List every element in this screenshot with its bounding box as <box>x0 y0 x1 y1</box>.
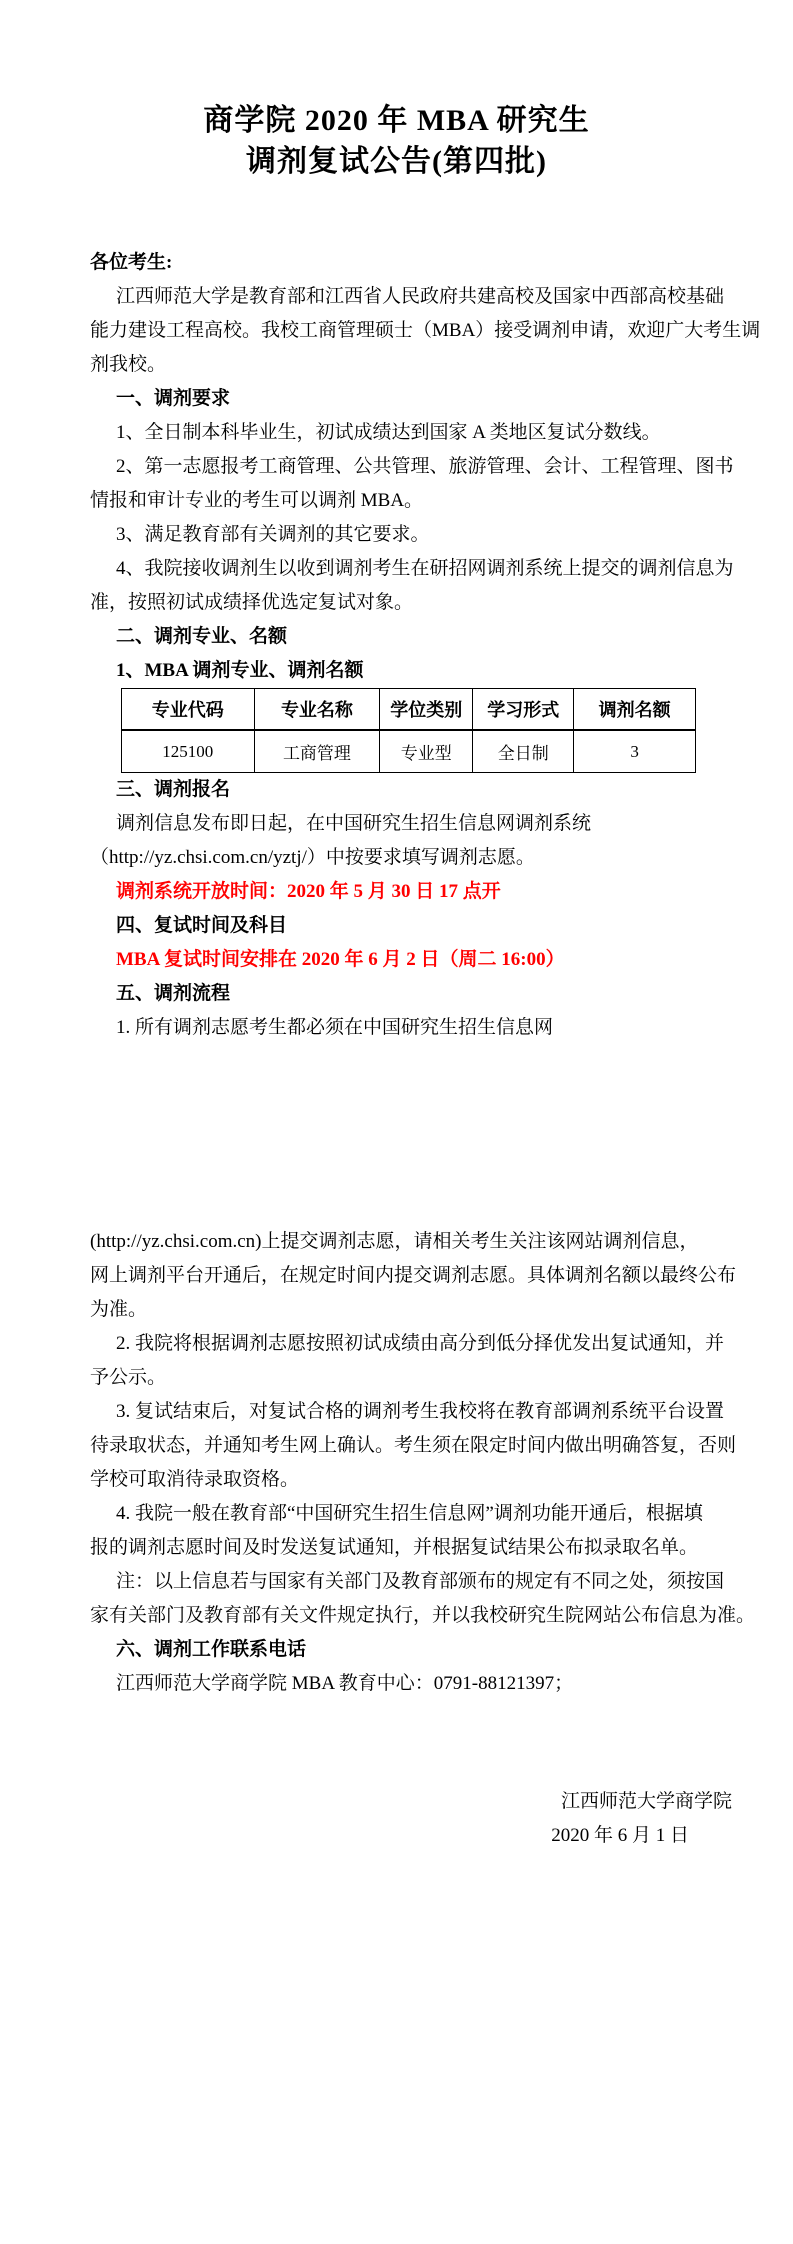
text-line: 学校可取消待录取资格。 <box>90 1463 738 1497</box>
table-header-cell: 学位类别 <box>380 689 473 731</box>
section-heading: 1、MBA 调剂专业、调剂名额 <box>90 654 738 688</box>
table-header-cell: 专业代码 <box>122 689 255 731</box>
table-cell: 专业型 <box>380 730 473 773</box>
text-line: 1. 所有调剂志愿考生都必须在中国研究生招生信息网 <box>90 1011 738 1045</box>
table-row: 125100工商管理专业型全日制3 <box>122 730 696 773</box>
text-line: 3. 复试结束后，对复试合格的调剂考生我校将在教育部调剂系统平台设置 <box>90 1395 738 1429</box>
section-heading: 一、调剂要求 <box>90 382 738 416</box>
text-line: 家有关部门及教育部有关文件规定执行，并以我校研究生院网站公布信息为准。 <box>90 1599 738 1633</box>
table-cell: 全日制 <box>473 730 574 773</box>
quota-table: 专业代码专业名称学位类别学习形式调剂名额125100工商管理专业型全日制3 <box>121 688 696 773</box>
text-line: 1、全日制本科毕业生，初试成绩达到国家 A 类地区复试分数线。 <box>90 416 738 450</box>
table-header-cell: 专业名称 <box>254 689 380 731</box>
text-line: 江西师范大学是教育部和江西省人民政府共建高校及国家中西部高校基础 <box>90 280 738 314</box>
table-header-cell: 调剂名额 <box>574 689 696 731</box>
text-line: 4、我院接收调剂生以收到调剂考生在研招网调剂系统上提交的调剂信息为 <box>90 552 738 586</box>
text-line: （http://yz.chsi.com.cn/yztj/）中按要求填写调剂志愿。 <box>90 841 738 875</box>
section-heading: 四、复试时间及科目 <box>90 909 738 943</box>
text-line: 2. 我院将根据调剂志愿按照初试成绩由高分到低分择优发出复试通知，并 <box>90 1327 738 1361</box>
text-line: 4. 我院一般在教育部“中国研究生招生信息网”调剂功能开通后，根据填 <box>90 1497 738 1531</box>
text-line: 情报和审计专业的考生可以调剂 MBA。 <box>90 484 738 518</box>
section-heading: 二、调剂专业、名额 <box>90 620 738 654</box>
text-line: (http://yz.chsi.com.cn)上提交调剂志愿，请相关考生关注该网… <box>90 1225 738 1259</box>
text-line: 3、满足教育部有关调剂的其它要求。 <box>90 518 738 552</box>
text-line: 准，按照初试成绩择优选定复试对象。 <box>90 586 738 620</box>
text-line: 江西师范大学商学院 MBA 教育中心：0791-88121397； <box>90 1667 738 1701</box>
text-line: 予公示。 <box>90 1361 738 1395</box>
document-page: 商学院 2020 年 MBA 研究生 调剂复试公告(第四批) 各位考生:江西师范… <box>0 0 793 2244</box>
document-title-line1: 商学院 2020 年 MBA 研究生 <box>0 100 793 141</box>
text-line: 剂我校。 <box>90 348 738 382</box>
signature-block: 江西师范大学商学院 2020 年 6 月 1 日 <box>0 1785 793 1853</box>
text-line: 网上调剂平台开通后，在规定时间内提交调剂志愿。具体调剂名额以最终公布 <box>90 1259 738 1293</box>
section-heading: 六、调剂工作联系电话 <box>90 1633 738 1667</box>
highlight-line: 调剂系统开放时间：2020 年 5 月 30 日 17 点开 <box>90 875 738 909</box>
table-cell: 3 <box>574 730 696 773</box>
section-heading: 三、调剂报名 <box>90 773 738 807</box>
text-line: 待录取状态，并通知考生网上确认。考生须在限定时间内做出明确答复，否则 <box>90 1429 738 1463</box>
page-break-gap <box>90 1045 738 1225</box>
document-title: 商学院 2020 年 MBA 研究生 调剂复试公告(第四批) <box>0 0 793 182</box>
signature-date: 2020 年 6 月 1 日 <box>0 1819 793 1853</box>
text-line: 2、第一志愿报考工商管理、公共管理、旅游管理、会计、工程管理、图书 <box>90 450 738 484</box>
table-cell: 工商管理 <box>254 730 380 773</box>
signature-org: 江西师范大学商学院 <box>0 1785 793 1819</box>
table-header-cell: 学习形式 <box>473 689 574 731</box>
text-line: 注：以上信息若与国家有关部门及教育部颁布的规定有不同之处，须按国 <box>90 1565 738 1599</box>
text-line: 报的调剂志愿时间及时发送复试通知，并根据复试结果公布拟录取名单。 <box>90 1531 738 1565</box>
section-heading: 五、调剂流程 <box>90 977 738 1011</box>
table-header-row: 专业代码专业名称学位类别学习形式调剂名额 <box>122 689 696 731</box>
salutation: 各位考生: <box>90 246 738 280</box>
document-body: 各位考生:江西师范大学是教育部和江西省人民政府共建高校及国家中西部高校基础能力建… <box>90 246 738 1701</box>
text-line: 能力建设工程高校。我校工商管理硕士（MBA）接受调剂申请，欢迎广大考生调 <box>90 314 738 348</box>
text-line: 为准。 <box>90 1293 738 1327</box>
table-cell: 125100 <box>122 730 255 773</box>
text-line: 调剂信息发布即日起，在中国研究生招生信息网调剂系统 <box>90 807 738 841</box>
highlight-line: MBA 复试时间安排在 2020 年 6 月 2 日（周二 16:00） <box>90 943 738 977</box>
document-title-line2: 调剂复试公告(第四批) <box>0 141 793 182</box>
